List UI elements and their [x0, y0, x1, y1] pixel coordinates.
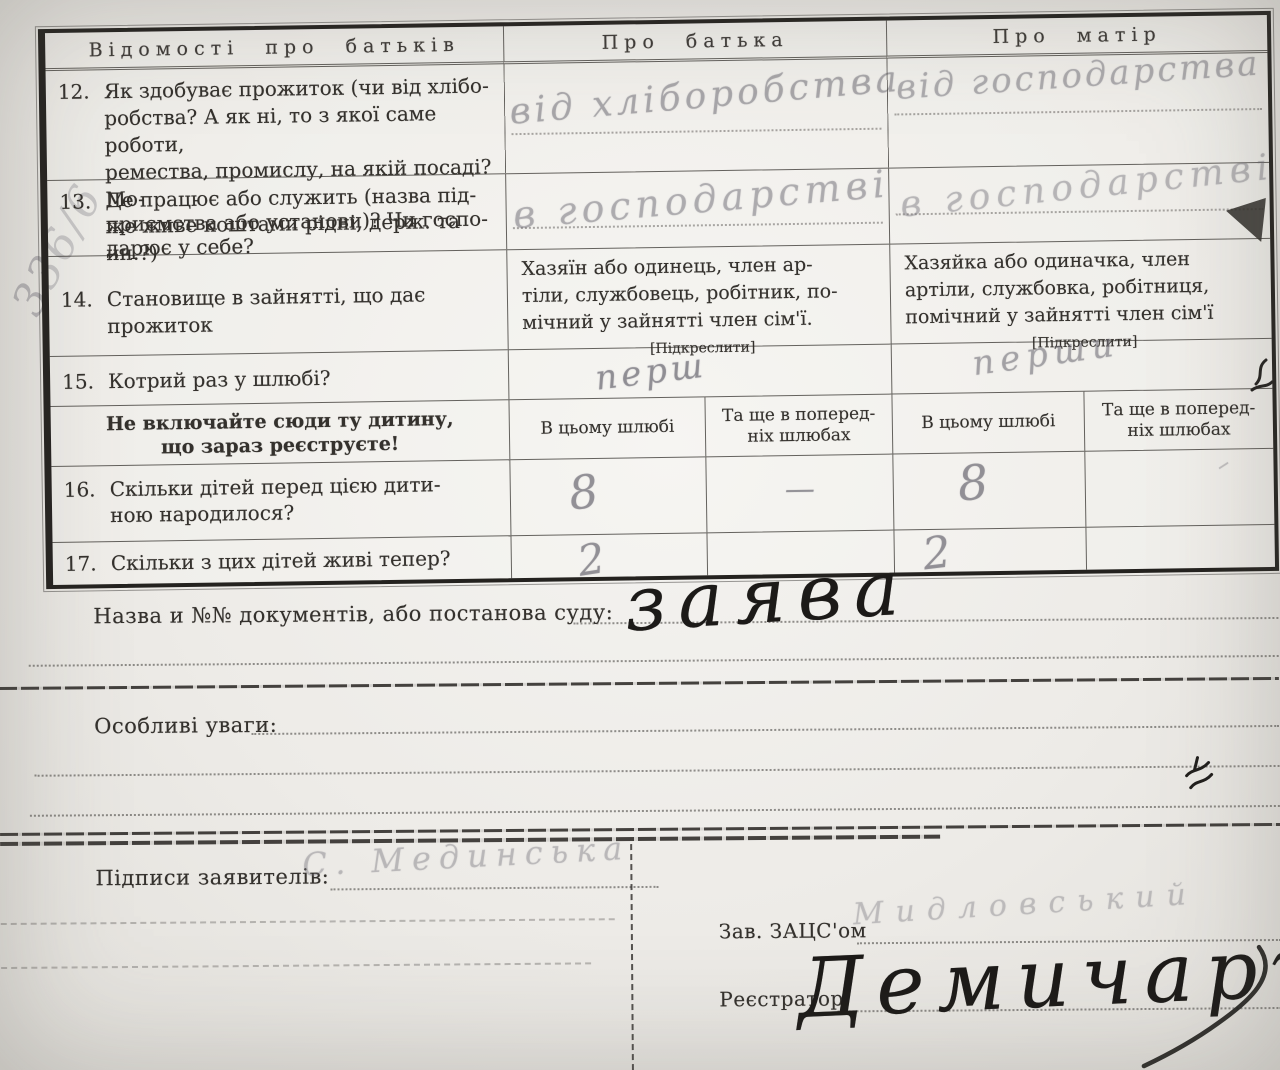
mother-options-text: Хазяйка або одиначка, член артіли, служб…	[904, 248, 1213, 328]
subheader-label: В цьому шлюбі	[921, 411, 1055, 434]
ruled-line	[0, 823, 1280, 836]
dotted-line	[1, 918, 615, 925]
mother-children-alive-value: 2	[920, 526, 954, 580]
documents-value-handwriting: заява	[622, 542, 913, 648]
question-14: 14. Становище в зайнятті, що дає прожито…	[48, 249, 507, 356]
ink-scribble-mark	[1248, 358, 1274, 398]
mother-children-previous-value: –	[1209, 449, 1236, 481]
question-13-number: 13.	[59, 188, 100, 254]
question-16: 16. Скільки дітей перед цією дити- ною н…	[51, 459, 510, 542]
father-this-marriage-header: В цьому шлюбі	[508, 396, 705, 459]
dotted-line	[1, 962, 591, 969]
question-17-text: Скільки з цих дітей живі тепер?	[111, 545, 451, 582]
question-12-text: Як здобуває прожиток (чи від хлібо- робс…	[104, 72, 499, 177]
question-16-number: 16.	[64, 476, 105, 540]
question-14-number: 14.	[61, 286, 102, 354]
father-answer-13: в господарстві	[505, 168, 889, 250]
question-16-text: Скільки дітей перед цією дити- ною народ…	[110, 471, 442, 539]
header-info-label: Відомості про батьків	[88, 33, 460, 61]
mother-answer-12: від господарства	[886, 50, 1269, 168]
dotted-line	[29, 655, 1279, 667]
question-15-number: 15.	[62, 368, 103, 404]
documents-label: Назва и №№ документів, або постанова суд…	[93, 600, 613, 628]
mother-this-marriage-header: В цьому шлюбі	[891, 391, 1084, 454]
mother-occupation-options: Хазяйка або одиначка, член артіли, служб…	[889, 238, 1271, 344]
ink-blot	[1181, 755, 1215, 793]
exclusion-note: Не включайте сюди ту дитину, що зараз ре…	[51, 399, 510, 466]
mother-children-previous: –	[1084, 448, 1274, 527]
father-options-text: Хазяїн або одинець, член ар- тіли, служб…	[521, 254, 837, 334]
ruled-line	[0, 677, 1279, 690]
table-header-father: Про батька	[503, 21, 886, 62]
question-15-text: Котрий раз у шлюбі?	[108, 365, 331, 403]
zags-head-signature: Мидловський	[852, 877, 1199, 933]
mother-children-alive: 2	[893, 527, 1086, 573]
father-previous-marriages-header: Та ще в поперед- ніх шлюбах	[704, 394, 892, 457]
dotted-line	[251, 725, 1279, 735]
subheader-label: В цьому шлюбі	[540, 417, 674, 440]
dotted-answer-line	[512, 128, 882, 135]
mother-children-alive-previous	[1085, 524, 1275, 570]
signature-flourish	[1081, 943, 1280, 1070]
father-children-this-value: 8	[566, 464, 602, 521]
father-answer-12-handwriting: від хліборобства	[508, 59, 903, 133]
mother-answer-13: в господарстві	[888, 162, 1270, 244]
mother-answer-15: перши	[891, 338, 1273, 394]
dotted-line	[330, 886, 658, 891]
question-13-text: Де працює або служить (назва під- приємс…	[105, 183, 488, 254]
father-answer-12: від хліборобства	[503, 56, 888, 174]
header-father-label: Про батька	[601, 29, 788, 54]
father-children-this-marriage: 8	[509, 456, 706, 535]
question-15: 15. Котрий раз у шлюбі?	[50, 349, 509, 406]
declarants-label: Підписи заявителів:	[95, 864, 329, 890]
father-occupation-options: Хазяїн або одинець, член ар- тіли, служб…	[506, 244, 890, 350]
question-17: 17. Скільки з цих дітей живі тепер?	[53, 535, 512, 585]
remarks-label: Особливі уваги:	[94, 713, 277, 738]
father-answer-15-handwriting: перш	[593, 346, 709, 399]
question-13: 13. Де працює або служить (назва під- пр…	[47, 173, 506, 256]
mother-previous-marriages-header: Та ще в поперед- ніх шлюбах	[1083, 388, 1273, 451]
father-children-previous-value: —	[785, 472, 816, 507]
scanned-registration-form: { "colors":{"paper":"#eae8e4","print_ink…	[0, 0, 1280, 1070]
header-mother-label: Про матір	[992, 23, 1161, 48]
question-12-number: 12.	[58, 78, 99, 178]
question-14-text: Становище в зайнятті, що дає прожиток	[107, 281, 426, 353]
parents-info-table: Відомості про батьків Про батька Про мат…	[38, 11, 1279, 589]
section-divider-line	[630, 844, 634, 1070]
dotted-answer-line	[894, 108, 1262, 115]
declarant-signature: С. Мединська	[301, 829, 631, 884]
mother-children-this-marriage: 8	[892, 451, 1085, 530]
question-12: 12. Як здобуває прожиток (чи від хлібо- …	[45, 61, 505, 180]
dotted-line	[30, 805, 1280, 817]
mother-children-this-value: 8	[955, 454, 990, 512]
father-children-previous: —	[705, 454, 893, 533]
form-footer-section: Назва и №№ документів, або постанова суд…	[0, 573, 1280, 1070]
father-answer-15: перш	[508, 344, 892, 400]
dotted-line	[35, 765, 1280, 777]
question-17-number: 17.	[65, 550, 105, 583]
